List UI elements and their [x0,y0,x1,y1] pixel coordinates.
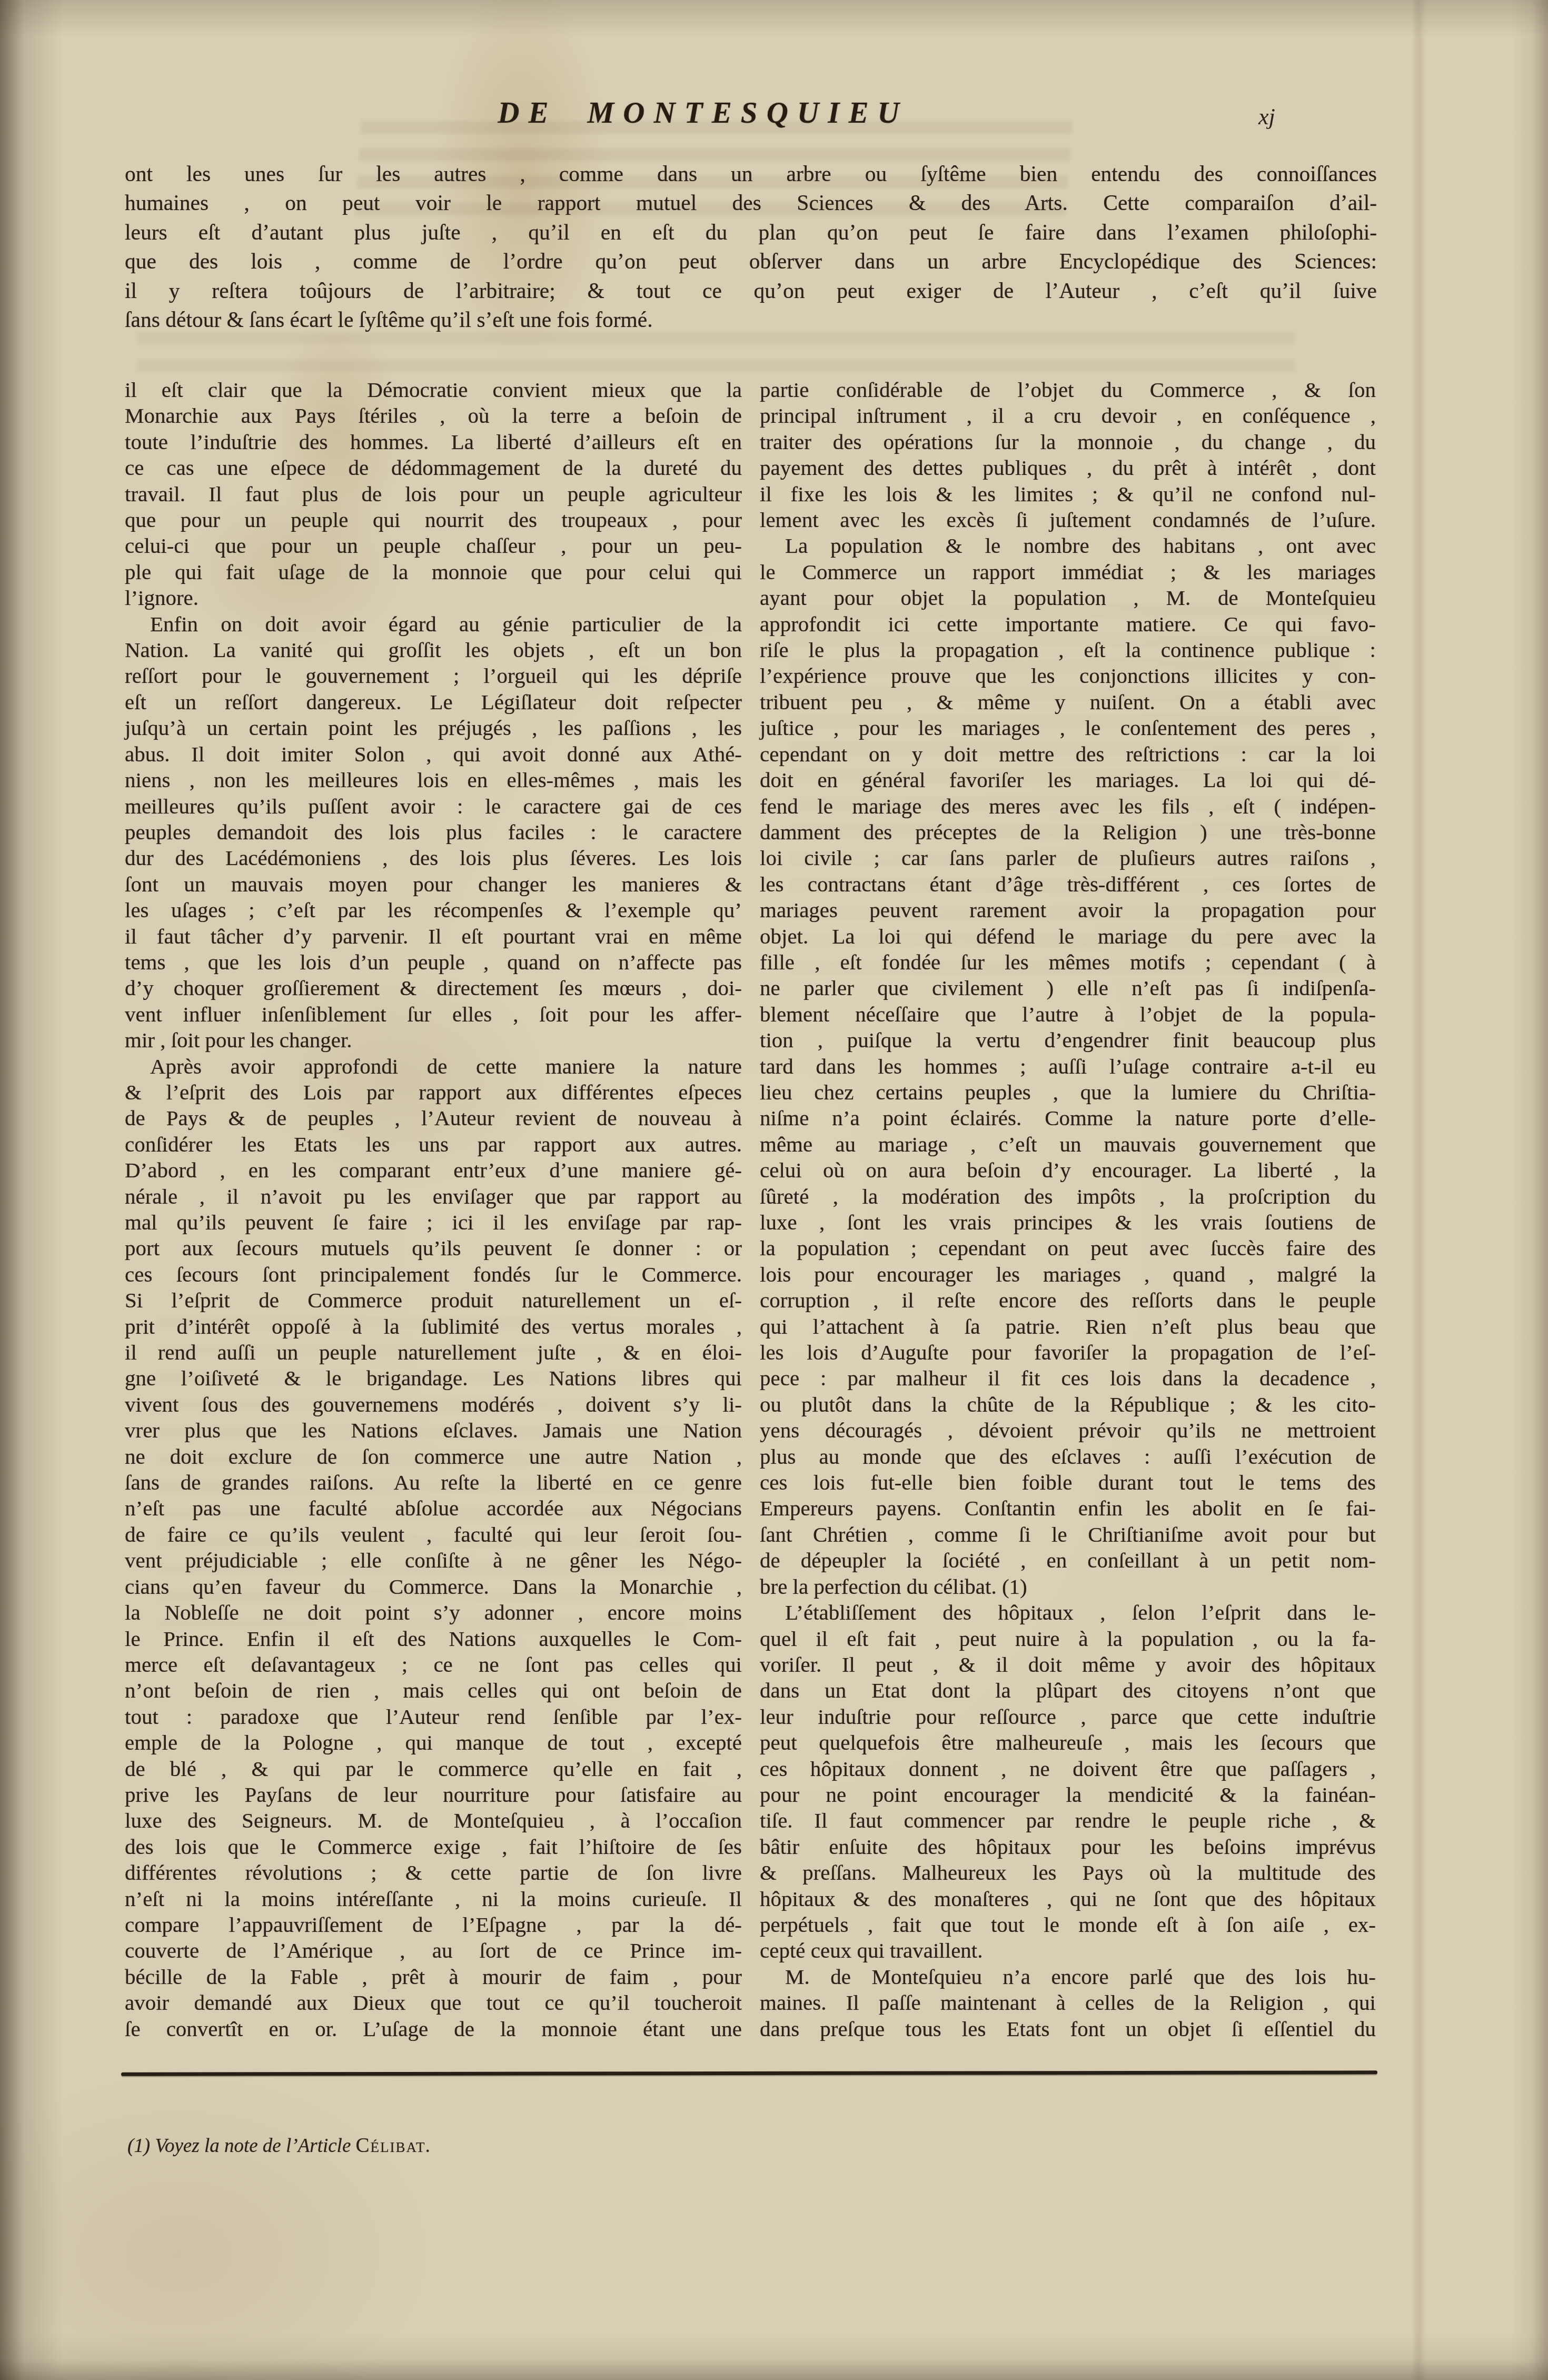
text-line: humaines , on peut voir le rapport mutue… [125,189,1377,217]
text-line: peut quelquefois être malheureuſe , mais… [760,1730,1376,1756]
text-line: la population ; cependant on peut avec ſ… [760,1235,1376,1261]
text-line: dur des Lacédémoniens , des lois plus ſé… [125,845,742,871]
column-right: partie conſidérable de l’objet du Commer… [760,377,1376,2042]
text-line: celui où on aura beſoin d’y encourager. … [760,1157,1376,1183]
text-line: ce cas une eſpece de dédommagement de la… [125,455,742,481]
text-line: vent préjudiciable ; elle conſiſte à ne … [125,1548,742,1573]
text-line: les contractans étant d’âge très-différe… [760,871,1376,897]
text-line: & preſſans. Malheureux les Pays où la mu… [760,1860,1376,1886]
footnote-article-term: Célibat [356,2134,426,2157]
text-line: les lois d’Auguſte pour favoriſer la pro… [760,1340,1376,1365]
paragraph: La population & le nombre des habitans ,… [760,533,1376,1600]
footnote-period: . [426,2135,431,2157]
text-line: tiſe. Il faut commencer par rendre le pe… [760,1808,1376,1833]
text-line: D’abord , en les comparant entr’eux d’un… [125,1157,742,1183]
text-line: approfondit ici cette importante matiere… [760,611,1376,637]
text-line: n’ont beſoin de rien , mais celles qui o… [125,1678,742,1703]
text-line: n’eſt ni la moins intéreſſante , ni la m… [125,1886,742,1912]
text-line: Monarchie aux Pays ſtériles , où la terr… [125,403,742,429]
text-line: bre la perfection du célibat. (1) [760,1574,1376,1600]
text-line: mir , ſoit pour les changer. [125,1027,742,1053]
text-line: ſant Chrétien , comme ſi le Chriſtianiſm… [760,1522,1376,1548]
text-line: toute l’induſtrie des hommes. La liberté… [125,429,742,455]
text-line: le Commerce un rapport immédiat ; & les … [760,559,1376,585]
paragraph: Après avoir approfondi de cette maniere … [125,1054,742,2042]
text-line: niſme n’a point éclairés. Comme la natur… [760,1105,1376,1131]
text-line: tout : paradoxe que l’Auteur rend ſenſib… [125,1704,742,1730]
text-line: de blé , & qui par le commerce qu’elle e… [125,1756,742,1782]
text-line: de dépeupler la ſociété , en conſeillant… [760,1548,1376,1573]
text-line: riſe le plus la propagation , eſt la con… [760,637,1376,663]
text-line: vivent ſous des gouvernemens modérés , d… [125,1392,742,1417]
text-line: prit d’intérêt oppoſé à la ſublimité des… [125,1314,742,1340]
text-line: damment des préceptes de la Religion ) u… [760,819,1376,845]
footnote-text: (1) Voyez la note de l’Article [127,2135,356,2157]
text-line: pece : par malheur il fit ces lois dans … [760,1365,1376,1391]
text-line: tribuent peu , & même y nuiſent. On a ét… [760,689,1376,715]
text-line: corruption , il reſte encore des reſſort… [760,1287,1376,1313]
text-line: celui-ci que pour un peuple chaſſeur , p… [125,533,742,559]
text-line: lieu chez certains peuples , que la lumi… [760,1079,1376,1105]
intro-paragraph: ont les unes ſur les autres , comme dans… [125,160,1377,334]
text-line: abus. Il doit imiter Solon , qui avoit d… [125,741,742,767]
text-line: lois pour encourager les mariages , quan… [760,1262,1376,1287]
text-line: il rend auſſi un peuple naturellement ju… [125,1340,742,1365]
text-line: reſſort pour le gouvernement ; l’orgueil… [125,663,742,689]
text-line: traiter des opérations ſur la monnoie , … [760,429,1376,455]
text-line: cependant on y doit mettre des reſtricti… [760,741,1376,767]
text-line: objet. La loi qui défend le mariage du p… [760,924,1376,949]
text-line: perpétuels , fait que tout le monde eſt … [760,1912,1376,1938]
text-line: mal qu’ils peuvent ſe faire ; ici il les… [125,1209,742,1235]
text-line: vrer plus que les Nations eſclaves. Jama… [125,1417,742,1443]
text-line: ces hôpitaux donnent , ne doivent être q… [760,1756,1376,1782]
text-line: ont les unes ſur les autres , comme dans… [125,160,1377,189]
text-line: avoir demandé aux Dieux que tout ce qu’i… [125,1990,742,2016]
text-line: compare l’appauvriſſement de l’Eſpagne ,… [125,1912,742,1938]
text-line: le Prince. Enfin il eſt des Nations auxq… [125,1626,742,1652]
text-line: il faut tâcher d’y parvenir. Il eſt pour… [125,924,742,949]
text-line: L’établiſſement des hôpitaux , ſelon l’e… [760,1600,1376,1625]
text-line: ſans détour & ſans écart le ſyſtême qu’i… [125,305,1377,334]
text-line: meilleures qu’ils puſſent avoir : le car… [125,794,742,819]
text-line: ſe convertît en or. L’uſage de la monnoi… [125,2016,742,2042]
paragraph: L’établiſſement des hôpitaux , ſelon l’e… [760,1600,1376,1964]
text-line: conſidérer les Etats les uns par rapport… [125,1132,742,1157]
text-line: tard dans les hommes ; auſſi l’uſage con… [760,1054,1376,1079]
text-line: qui l’attachent à ſa patrie. Rien n’eſt … [760,1314,1376,1340]
text-line: nérale , il n’avoit pu les enviſager que… [125,1184,742,1209]
text-line: juſtice , pour les mariages , le conſent… [760,715,1376,741]
paper-crease [1411,0,1427,2380]
text-line: maines. Il paſſe maintenant à celles de … [760,1990,1376,2016]
text-line: l’expérience prouve que les conjonctions… [760,663,1376,689]
text-line: La population & le nombre des habitans ,… [760,533,1376,559]
text-line: partie conſidérable de l’objet du Commer… [760,377,1376,403]
text-line: ces lois fut-elle bien foible durant tou… [760,1470,1376,1495]
book-page: { "page": { "header": { "title": "DE MON… [0,0,1548,2380]
text-line: pour ne point encourager la mendicité & … [760,1782,1376,1808]
page-number: xj [1258,103,1275,130]
text-line: même au mariage , c’eſt un mauvais gouve… [760,1132,1376,1157]
ink-bleedthrough [137,332,1295,374]
text-line: l’ignore. [125,585,742,611]
text-line: blement néceſſaire que l’autre à l’objet… [760,1001,1376,1027]
paragraph: il eſt clair que la Démocratie convient … [125,377,742,611]
text-line: Nation. La vanité qui groſſit les objets… [125,637,742,663]
text-line: & l’eſprit des Lois par rapport aux diff… [125,1079,742,1105]
text-line: tion , puiſque la vertu d’engendrer fini… [760,1027,1376,1053]
text-line: ple qui fait uſage de la monnoie que pou… [125,559,742,585]
text-line: ou plutôt dans la chûte de la République… [760,1392,1376,1417]
text-line: de Pays & de peuples , l’Auteur revient … [125,1105,742,1131]
text-line: luxe , ſont les vrais principes & les vr… [760,1209,1376,1235]
text-line: d’y choquer groſſierement & directement … [125,975,742,1001]
text-line: ſont un mauvais moyen pour changer les m… [125,871,742,897]
text-line: n’eſt pas une faculté abſolue accordée a… [125,1495,742,1521]
text-line: Empereurs payens. Conſtantin enfin les a… [760,1495,1376,1521]
text-line: peuples demandoit des lois plus faciles … [125,819,742,845]
text-line: ces ſecours ſont principalement fondés ſ… [125,1262,742,1287]
text-line: il eſt clair que la Démocratie convient … [125,377,742,403]
text-line: niens , non les meilleures lois en elles… [125,767,742,793]
text-line: différentes révolutions ; & cette partie… [125,1860,742,1886]
text-line: quel il eſt fait , peut nuire à la popul… [760,1626,1376,1652]
text-line: hôpitaux & des monaſteres , qui ne ſont … [760,1886,1376,1912]
text-line: juſqu’à un certain point les préjugés , … [125,715,742,741]
paragraph: partie conſidérable de l’objet du Commer… [760,377,1376,533]
text-line: Si l’eſprit de Commerce produit naturell… [125,1287,742,1313]
text-line: vent influer inſenſiblement ſur elles , … [125,1001,742,1027]
text-line: il fixe les lois & les limites ; & qu’il… [760,481,1376,507]
text-line: leur induſtrie pour reſſource , parce qu… [760,1704,1376,1730]
text-line: ſans de grandes raiſons. Au reſte la lib… [125,1470,742,1495]
text-line: plus au monde que des eſclaves : auſſi l… [760,1444,1376,1470]
text-line: principal inſtrument , il a cru devoir ,… [760,403,1376,429]
column-left: il eſt clair que la Démocratie convient … [125,377,742,2042]
text-line: bâtir enſuite des hôpitaux pour les beſo… [760,1834,1376,1860]
text-line: ayant pour objet la population , M. de M… [760,585,1376,611]
text-line: payement des dettes publiques , du prêt … [760,455,1376,481]
text-line: cepté ceux qui travaillent. [760,1938,1376,1964]
text-line: travail. Il faut plus de lois pour un pe… [125,481,742,507]
text-line: leurs eſt d’autant plus juſte , qu’il en… [125,218,1377,247]
text-line: mariages peuvent rarement avoir la propa… [760,897,1376,923]
paragraph: M. de Monteſquieu n’a encore parlé que d… [760,1964,1376,2042]
text-line: gne l’oiſiveté & le brigandage. Les Nati… [125,1365,742,1391]
text-line: emple de la Pologne , qui manque de tout… [125,1730,742,1756]
footnote: (1) Voyez la note de l’Article Célibat. [127,2134,431,2157]
text-line: port aux ſecours mutuels qu’ils peuvent … [125,1235,742,1261]
text-line: de faire ce qu’ils veulent , faculté qui… [125,1522,742,1548]
text-line: ne doit exclure de ſon commerce une autr… [125,1444,742,1470]
text-line: cians qu’en faveur du Commerce. Dans la … [125,1574,742,1600]
text-line: que des lois , comme de l’ordre qu’on pe… [125,247,1377,276]
text-line: il y reſtera toûjours de l’arbitraire; &… [125,276,1377,305]
text-line: M. de Monteſquieu n’a encore parlé que d… [760,1964,1376,1990]
text-line: bécille de la Fable , prêt à mourir de f… [125,1964,742,1990]
text-line: couverte de l’Amérique , au ſort de ce P… [125,1938,742,1964]
paragraph: ont les unes ſur les autres , comme dans… [125,160,1377,334]
text-line: la Nobleſſe ne doit point s’y adonner , … [125,1600,742,1625]
text-line: Après avoir approfondi de cette maniere … [125,1054,742,1079]
footnote-divider-rule [121,2070,1377,2076]
text-line: ne parler que civilement ) elle n’eſt pa… [760,975,1376,1001]
text-line: des lois que le Commerce exige , fait l’… [125,1834,742,1860]
text-line: Enfin on doit avoir égard au génie parti… [125,611,742,637]
text-line: dans un Etat dont la plûpart des citoyen… [760,1678,1376,1703]
text-line: prive les Payſans de leur nourriture pou… [125,1782,742,1808]
text-line: les uſages ; c’eſt par les récompenſes &… [125,897,742,923]
text-line: merce eſt deſavantageux ; ce ne ſont pas… [125,1652,742,1678]
text-line: eſt un reſſort dangereux. Le Légiſlateur… [125,689,742,715]
text-line: ſûreté , la modération des impôts , la p… [760,1184,1376,1209]
text-line: yens découragés , dévoient prévoir qu’il… [760,1417,1376,1443]
text-line: dans preſque tous les Etats font un obje… [760,2016,1376,2042]
text-line: tems , que les lois d’un peuple , quand … [125,949,742,975]
text-line: que pour un peuple qui nourrit des troup… [125,507,742,533]
text-line: fille , eſt fondée ſur les mêmes motifs … [760,949,1376,975]
paragraph: Enfin on doit avoir égard au génie parti… [125,611,742,1054]
page-title: DE MONTESQUIEU [124,96,1282,130]
text-line: loi civile ; car ſans parler de pluſieur… [760,845,1376,871]
text-line: fend le mariage des meres avec les fils … [760,794,1376,819]
text-line: doit en général favoriſer les mariages. … [760,767,1376,793]
text-line: lement avec les excès ſi juſtement conda… [760,507,1376,533]
text-line: luxe des Seigneurs. M. de Monteſquieu , … [125,1808,742,1833]
text-line: voriſer. Il peut , & il doit même y avoi… [760,1652,1376,1678]
